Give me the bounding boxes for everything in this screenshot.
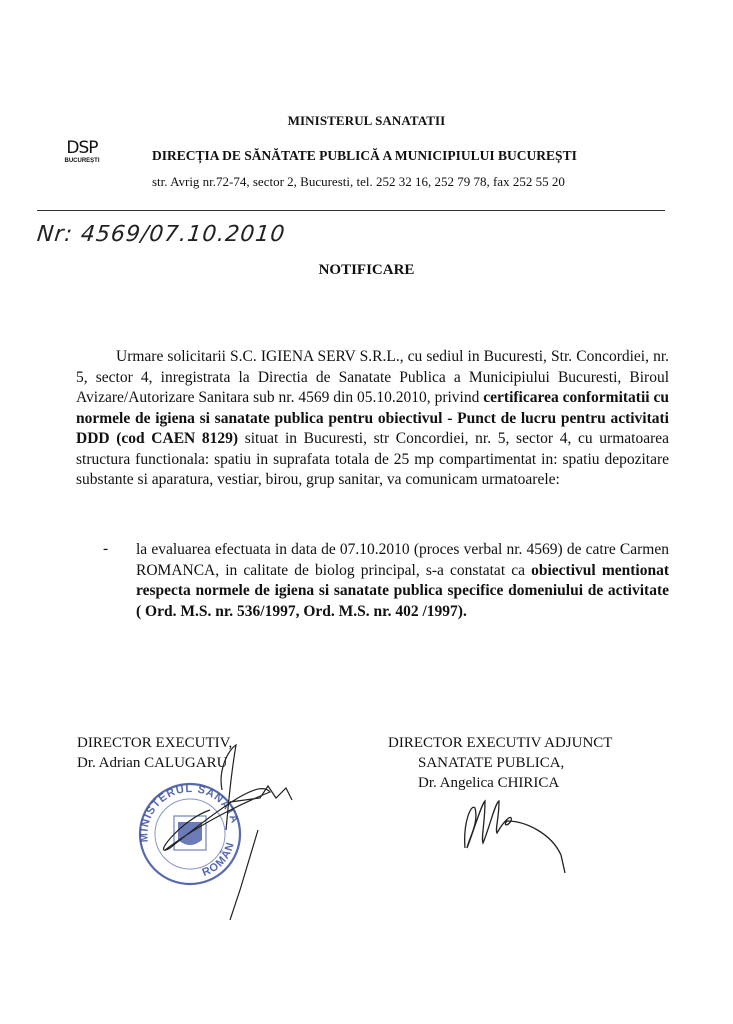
dsp-logo: DSP BUCUREȘTI (52, 140, 112, 165)
registration-number: Nr: 4569/07.10.2010 (36, 222, 287, 247)
bullet-item: la evaluarea efectuata in data de 07.10.… (136, 540, 669, 622)
right-name: Dr. Angelica CHIRICA (388, 773, 612, 793)
right-signature-icon (455, 793, 585, 893)
right-role: DIRECTOR EXECUTIV ADJUNCT (388, 733, 612, 753)
header-divider (37, 210, 665, 211)
ministry-heading: MINISTERUL SANATATII (0, 113, 733, 129)
main-paragraph: Urmare solicitarii S.C. IGIENA SERV S.R.… (76, 347, 669, 491)
logo-city: BUCUREȘTI (52, 157, 112, 165)
signature-block-right: DIRECTOR EXECUTIV ADJUNCT SANATATE PUBLI… (388, 733, 612, 793)
document-title: NOTIFICARE (0, 262, 733, 279)
contact-address: str. Avrig nr.72-74, sector 2, Bucuresti… (152, 174, 565, 190)
bullet-dash: - (103, 540, 108, 558)
right-department: SANATATE PUBLICA, (388, 753, 612, 773)
directorate-heading: DIRECȚIA DE SĂNĂTATE PUBLICĂ A MUNICIPIU… (152, 148, 577, 164)
left-signature-icon (110, 740, 310, 920)
logo-mark: DSP (52, 140, 112, 157)
